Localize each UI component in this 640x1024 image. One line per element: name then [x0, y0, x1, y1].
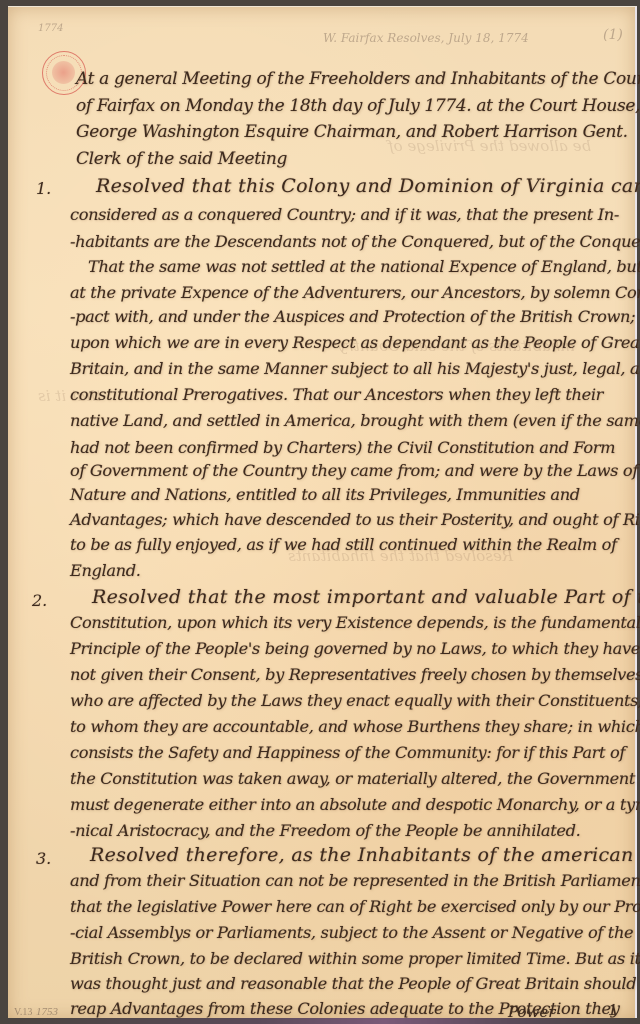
resolve-line: Britain, and in the same Manner subject … [70, 361, 640, 377]
resolve-line: had not been confirmed by Charters) the … [70, 440, 615, 456]
resolve-line: that the legislative Power here can of R… [70, 899, 640, 915]
manuscript-page: inhabitants of the said Country be allow… [8, 6, 637, 1019]
resolve-line: -habitants are the Descendants not of th… [70, 234, 640, 250]
resolve-line: native Land, and settled in America, bro… [70, 413, 640, 429]
resolve-line: who are affected by the Laws they enact … [70, 693, 640, 709]
stamp-emblem-icon [52, 61, 75, 84]
scan-bottom-edge [0, 1018, 640, 1024]
heading-line: George Washington Esquire Chairman, and … [76, 124, 628, 141]
top-left-note: 1774 [38, 23, 63, 34]
heading-line: of Fairfax on Monday the 18th day of Jul… [76, 98, 640, 115]
resolve-line: the Constitution was taken away, or mate… [70, 771, 635, 787]
resolve-line: and from their Situation can not be repr… [70, 873, 640, 889]
resolve-line: considered as a conquered Country; and i… [70, 207, 619, 223]
resolve-line: to whom they are accountable, and whose … [70, 719, 640, 735]
archival-volume-mark: V.13 [14, 1007, 32, 1018]
top-right-note: (1) [603, 27, 623, 43]
resolve-line: not given their Consent, by Representati… [70, 667, 640, 683]
resolve-line: Principle of the People's being governed… [70, 641, 640, 657]
resolve-line: Nature and Nations, entitled to all its … [70, 487, 580, 503]
resolve-line: consists the Safety and Happiness of the… [70, 745, 625, 761]
resolve-line: British Crown, to be declared within som… [70, 951, 640, 967]
resolve-line: to be as fully enjoyed, as if we had sti… [70, 537, 617, 553]
heading-line: At a general Meeting of the Freeholders … [76, 71, 640, 88]
archival-folio-mark: 1753 [36, 1006, 58, 1018]
top-corner-note: W. Fairfax Resolves, July 18, 1774 [323, 31, 529, 45]
resolve-line: Constitution, upon which its very Existe… [70, 615, 640, 631]
scan-frame: inhabitants of the said Country be allow… [0, 0, 640, 1024]
resolve-line: upon which we are in every Respect as de… [70, 335, 640, 351]
resolve-line: at the private Expence of the Adventurer… [70, 285, 640, 301]
resolve-number: 2. [32, 591, 47, 610]
page-number: 1 [608, 1001, 618, 1019]
resolve-line: Advantages; which have descended to us t… [70, 512, 640, 528]
resolve-line: must degenerate either into an absolute … [70, 797, 640, 813]
heading-line: Clerk of the said Meeting [76, 151, 287, 168]
resolve-line: Resolved that this Colony and Dominion o… [96, 177, 640, 196]
resolve-line: -nical Aristocracy, and the Freedom of t… [70, 823, 580, 839]
resolve-line: Resolved that the most important and val… [92, 588, 640, 607]
resolve-line: Resolved therefore, as the Inhabitants o… [90, 846, 640, 865]
resolve-line: was thought just and reasonable that the… [70, 976, 636, 992]
resolve-number: 1. [36, 179, 51, 198]
resolve-line: -pact with, and under the Auspices and P… [70, 309, 635, 325]
resolve-line: That the same was not settled at the nat… [88, 259, 640, 275]
resolve-line: of Government of the Country they came f… [70, 463, 638, 479]
resolve-line: England. [70, 563, 141, 579]
resolve-number: 3. [36, 849, 51, 868]
resolve-line: constitutional Prerogatives. That our An… [70, 387, 603, 403]
resolve-line: -cial Assemblys or Parliaments, subject … [70, 925, 633, 941]
